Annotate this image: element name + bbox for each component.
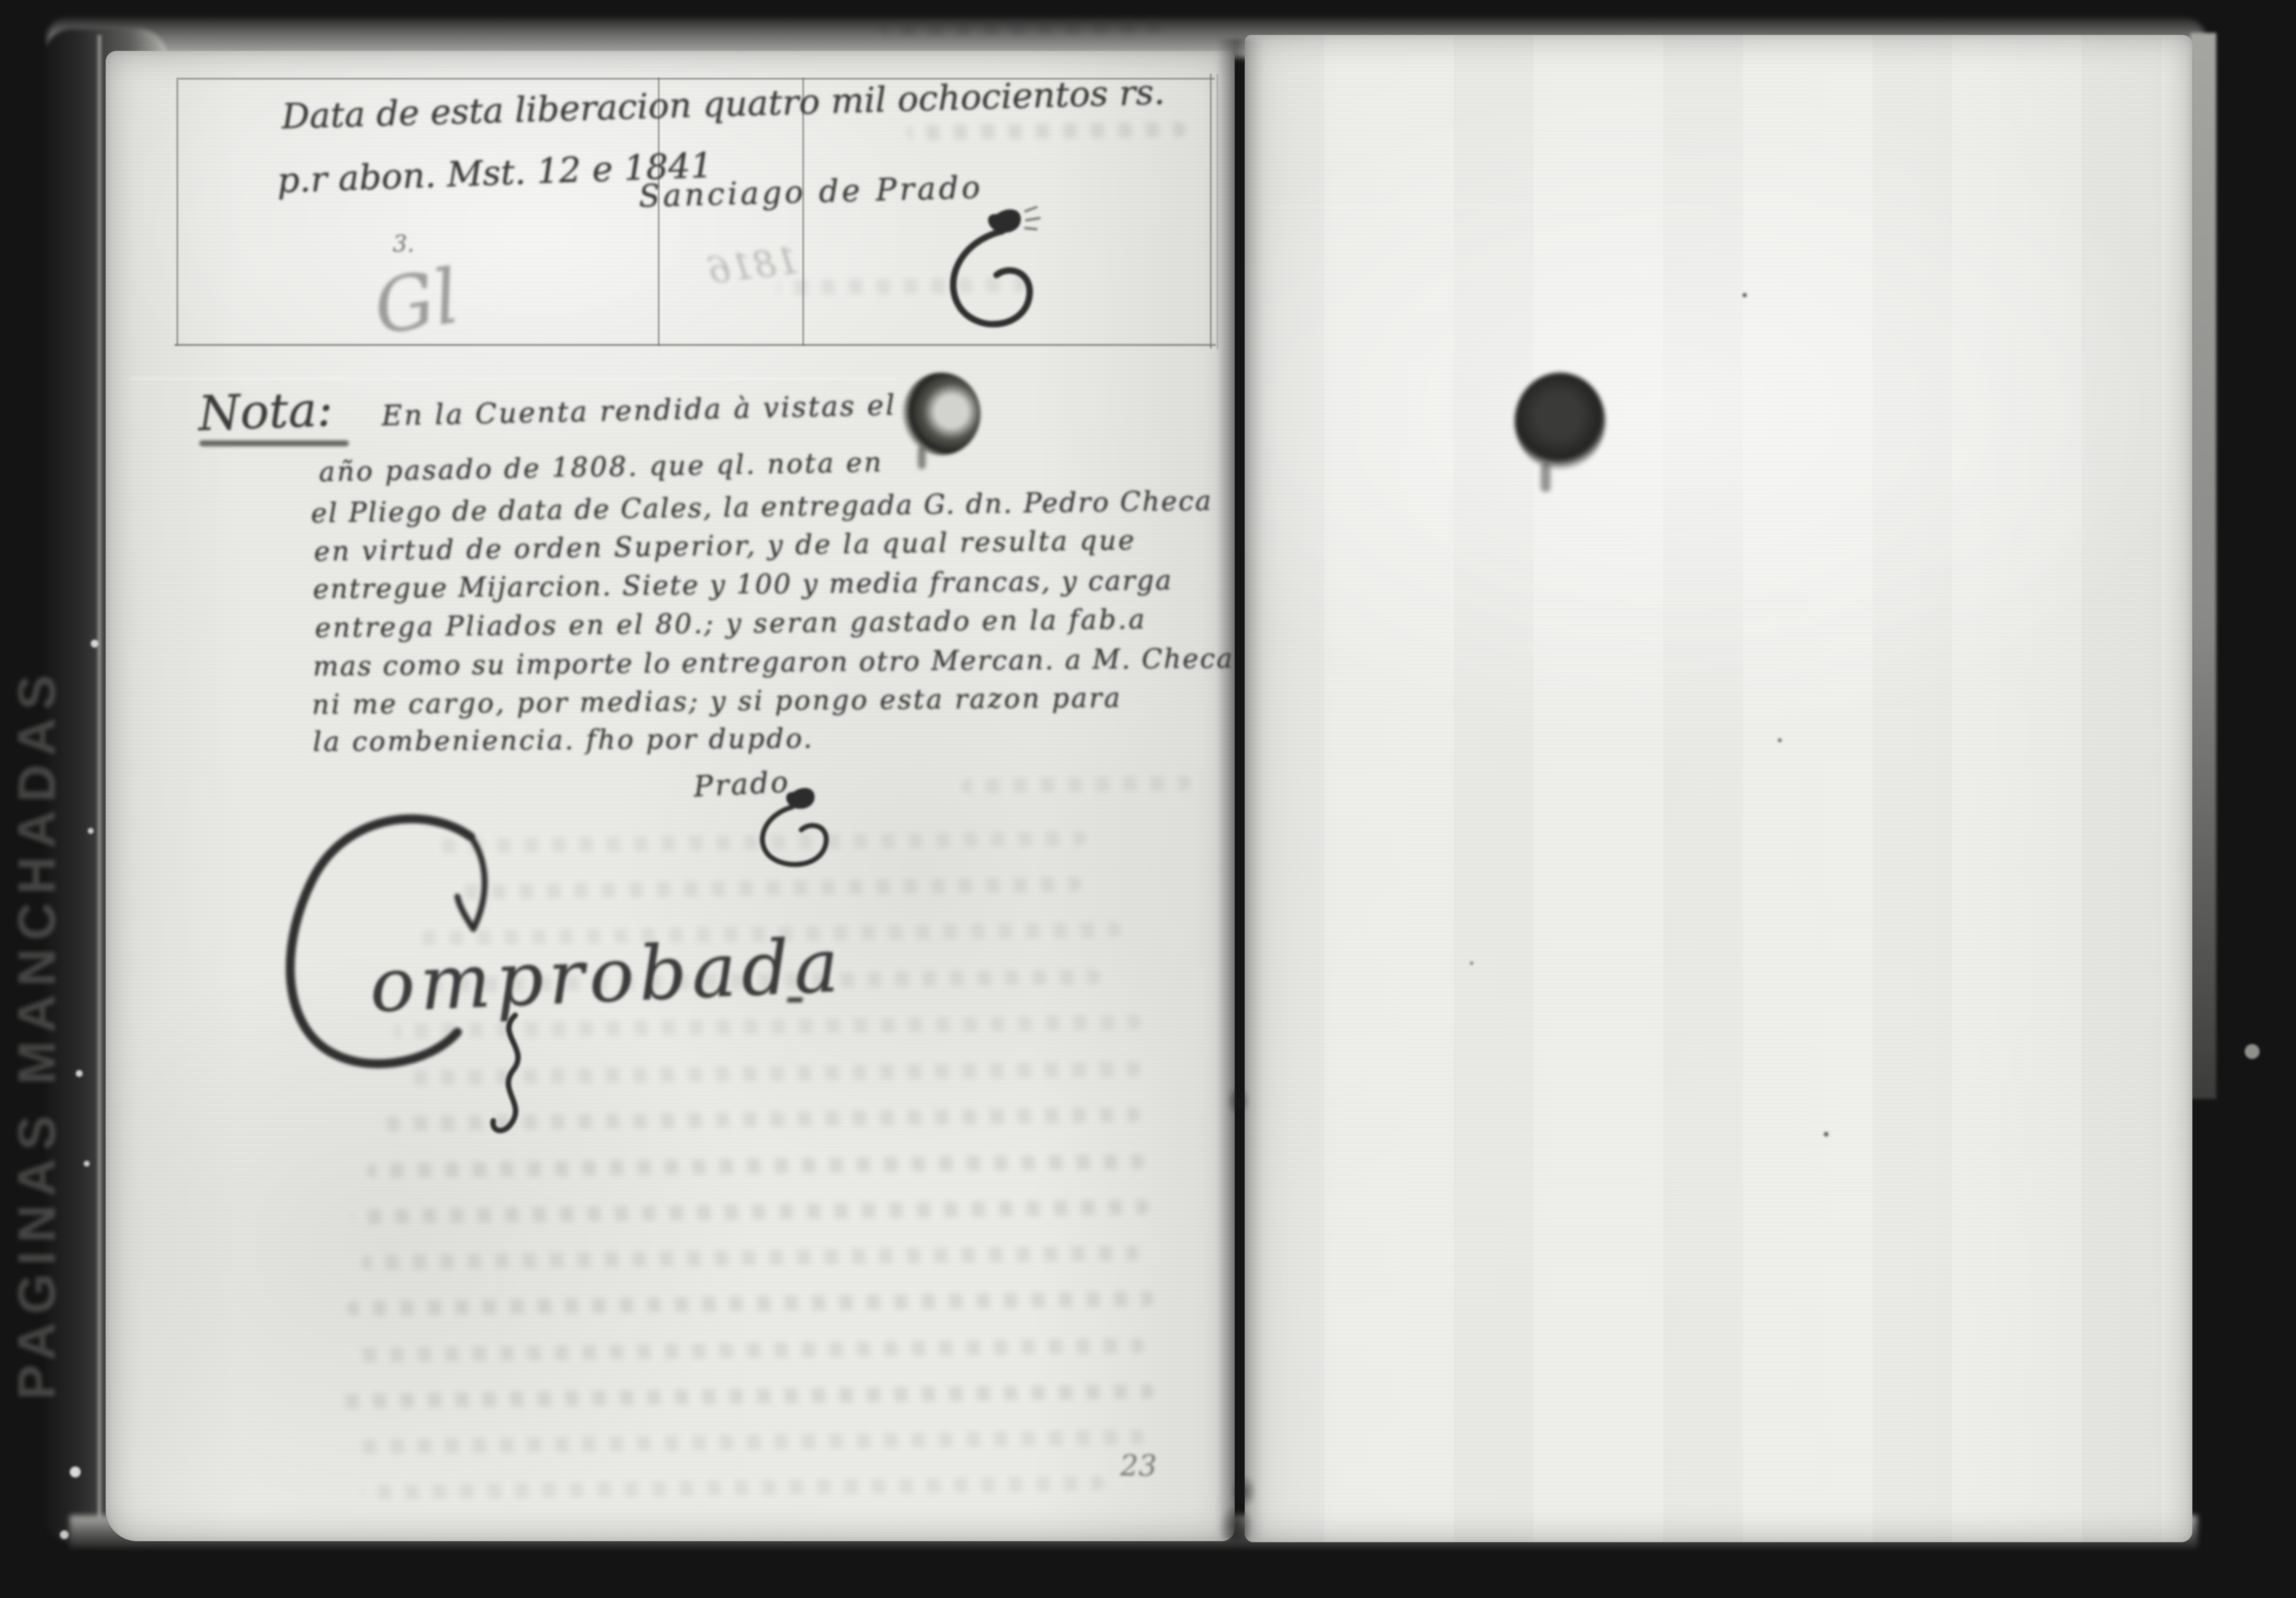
paper-speck [60, 1530, 69, 1539]
page-crease [1266, 206, 1714, 208]
signature-rubric-icon [928, 200, 1042, 340]
ink-blot-right-page [1515, 373, 1605, 470]
bleedthrough-line [777, 277, 1026, 295]
book-gutter [1217, 39, 1263, 1539]
gutter-shadow-knot [1231, 1474, 1257, 1508]
paper-speck [1778, 738, 1782, 742]
pencil-number: 23 [1120, 1449, 1157, 1482]
paper-speck [70, 1466, 81, 1477]
header-box-right-rule [1210, 74, 1212, 349]
right-page [1245, 35, 2192, 1542]
paper-speck [2245, 1044, 2260, 1059]
left-page [106, 51, 1235, 1541]
microfilm-frame: PAGINAS MANCHADAS Data de esta liberacio… [0, 0, 2296, 1598]
header-box-left-rule [176, 78, 178, 346]
ink-blot-left-page [902, 373, 981, 455]
paper-speck [1824, 1132, 1829, 1137]
header-flourish-mark: Gl [368, 253, 464, 352]
page-stack-right-edge [2190, 33, 2216, 1099]
nota-underline [199, 440, 349, 446]
film-vertical-caption: PAGINAS MANCHADAS [7, 638, 102, 1400]
ink-blot-left-tail [918, 446, 926, 469]
gutter-shadow-knot [1220, 1504, 1254, 1548]
paper-speck [1742, 293, 1747, 297]
closing-signature-rubric-icon [750, 775, 845, 870]
page-crease [130, 378, 897, 380]
paper-speck [91, 640, 99, 648]
paper-speck [1470, 961, 1473, 965]
paper-speck [88, 828, 94, 834]
paper-speck [84, 1161, 90, 1167]
paper-speck [76, 1070, 83, 1077]
header-box-bottom-rule [174, 344, 1216, 346]
gutter-shadow-knot [1227, 1086, 1250, 1116]
header-figure-mark: 3. [393, 230, 415, 257]
nota-label: Nota: [197, 381, 334, 441]
nota-line-9: la combeniencia. fho por dupdo. [313, 722, 814, 757]
header-box-right-rule-2 [1217, 74, 1218, 349]
bleedthrough-line [962, 776, 1191, 794]
ink-blot-right-tail [1541, 462, 1551, 492]
